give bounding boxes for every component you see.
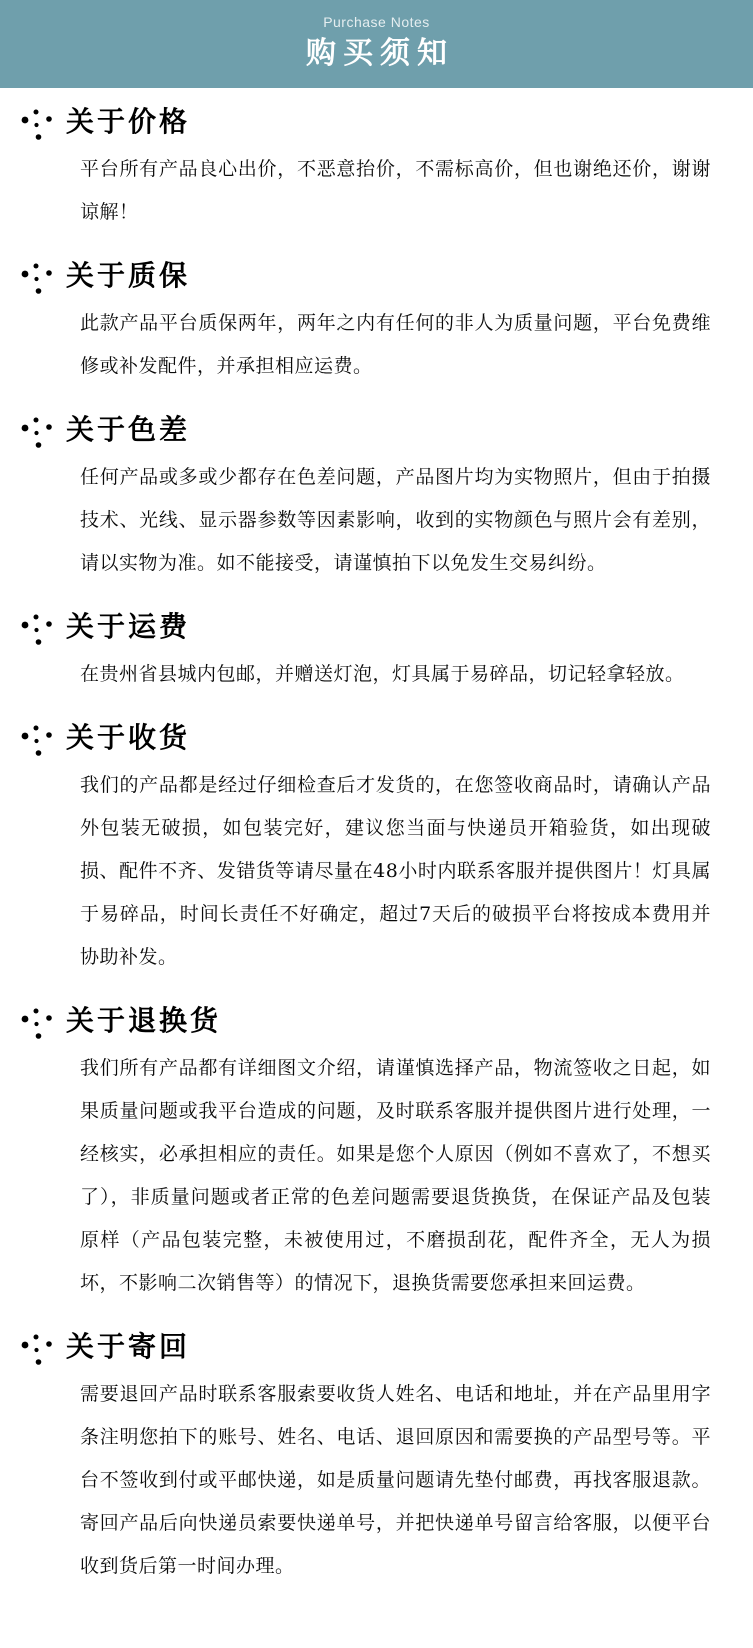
banner-subtitle: Purchase Notes (0, 13, 753, 31)
page-title: 购买须知 (0, 34, 753, 74)
section-returns-body: 我们所有产品都有详细图文介绍，请谨慎选择产品，物流签收之日起，如果质量问题或我平… (80, 1047, 711, 1305)
section-price-body: 平台所有产品良心出价，不恶意抬价，不需标高价，但也谢绝还价，谢谢谅解！ (80, 148, 711, 234)
section-receiving: 关于收货 我们的产品都是经过仔细检查后才发货的，在您签收商品时，请确认产品外包装… (0, 719, 753, 979)
section-send-back-title: 关于寄回 (66, 1328, 190, 1366)
section-warranty: 关于质保 此款产品平台质保两年，两年之内有任何的非人为质量问题，平台免费维修或补… (0, 257, 753, 388)
purchase-notes-page: Purchase Notes 购买须知 关于价格 平台所有产品良心出价，不恶意抬… (0, 0, 753, 1648)
section-color-difference-title: 关于色差 (66, 411, 190, 449)
section-color-difference-header: 关于色差 (21, 411, 753, 449)
section-send-back-body: 需要退回产品时联系客服索要收货人姓名、电话和地址，并在产品里用字条注明您拍下的账… (80, 1373, 711, 1588)
section-price: 关于价格 平台所有产品良心出价，不恶意抬价，不需标高价，但也谢绝还价，谢谢谅解！ (0, 103, 753, 234)
section-send-back: 关于寄回 需要退回产品时联系客服索要收货人姓名、电话和地址，并在产品里用字条注明… (0, 1328, 753, 1588)
section-returns: 关于退换货 我们所有产品都有详细图文介绍，请谨慎选择产品，物流签收之日起，如果质… (0, 1002, 753, 1305)
section-price-header: 关于价格 (21, 103, 753, 141)
five-dots-icon (21, 1332, 53, 1366)
section-warranty-header: 关于质保 (21, 257, 753, 295)
five-dots-icon (21, 612, 53, 646)
section-price-title: 关于价格 (66, 103, 190, 141)
section-returns-header: 关于退换货 (21, 1002, 753, 1040)
section-warranty-body: 此款产品平台质保两年，两年之内有任何的非人为质量问题，平台免费维修或补发配件，并… (80, 302, 711, 388)
section-send-back-header: 关于寄回 (21, 1328, 753, 1366)
section-shipping: 关于运费 在贵州省县城内包邮，并赠送灯泡，灯具属于易碎品，切记轻拿轻放。 (0, 608, 753, 696)
header-banner: Purchase Notes 购买须知 (0, 0, 753, 88)
five-dots-icon (21, 723, 53, 757)
section-warranty-title: 关于质保 (66, 257, 190, 295)
section-receiving-body: 我们的产品都是经过仔细检查后才发货的，在您签收商品时，请确认产品外包装无破损，如… (80, 764, 711, 979)
section-receiving-header: 关于收货 (21, 719, 753, 757)
section-returns-title: 关于退换货 (66, 1002, 221, 1040)
section-shipping-title: 关于运费 (66, 608, 190, 646)
section-shipping-header: 关于运费 (21, 608, 753, 646)
section-shipping-body: 在贵州省县城内包邮，并赠送灯泡，灯具属于易碎品，切记轻拿轻放。 (80, 653, 711, 696)
five-dots-icon (21, 107, 53, 141)
section-color-difference: 关于色差 任何产品或多或少都存在色差问题，产品图片均为实物照片，但由于拍摄技术、… (0, 411, 753, 585)
section-receiving-title: 关于收货 (66, 719, 190, 757)
section-color-difference-body: 任何产品或多或少都存在色差问题，产品图片均为实物照片，但由于拍摄技术、光线、显示… (80, 456, 711, 585)
five-dots-icon (21, 415, 53, 449)
five-dots-icon (21, 261, 53, 295)
five-dots-icon (21, 1006, 53, 1040)
